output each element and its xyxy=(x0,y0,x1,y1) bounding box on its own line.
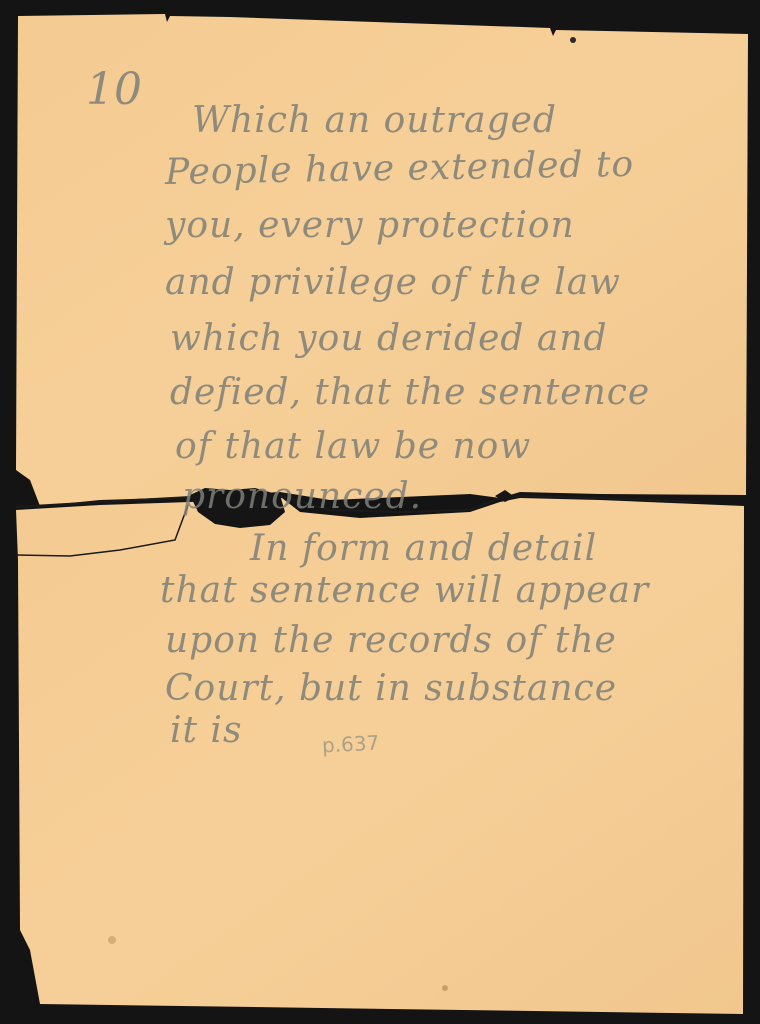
manuscript-line: that sentence will appear xyxy=(160,570,649,611)
manuscript-line: Which an outraged xyxy=(192,100,557,141)
manuscript-line: pronounced. xyxy=(182,476,422,517)
manuscript-line: of that law be now xyxy=(175,426,531,467)
manuscript-page: 10 Which an outraged People have extende… xyxy=(0,0,760,1024)
manuscript-line: Court, but in substance xyxy=(165,668,617,709)
page-number: 10 xyxy=(86,64,142,115)
manuscript-line: you, every protection xyxy=(165,205,575,246)
manuscript-line: People have extended to xyxy=(165,144,635,193)
manuscript-line: which you derided and xyxy=(170,318,608,359)
manuscript-line: defied, that the sentence xyxy=(170,372,650,413)
manuscript-line: it is xyxy=(170,710,242,751)
manuscript-line: and privilege of the law xyxy=(165,262,621,303)
manuscript-line: In form and detail xyxy=(250,528,597,569)
manuscript-line: upon the records of the xyxy=(165,620,617,661)
archival-page-reference: p.637 xyxy=(321,731,379,758)
